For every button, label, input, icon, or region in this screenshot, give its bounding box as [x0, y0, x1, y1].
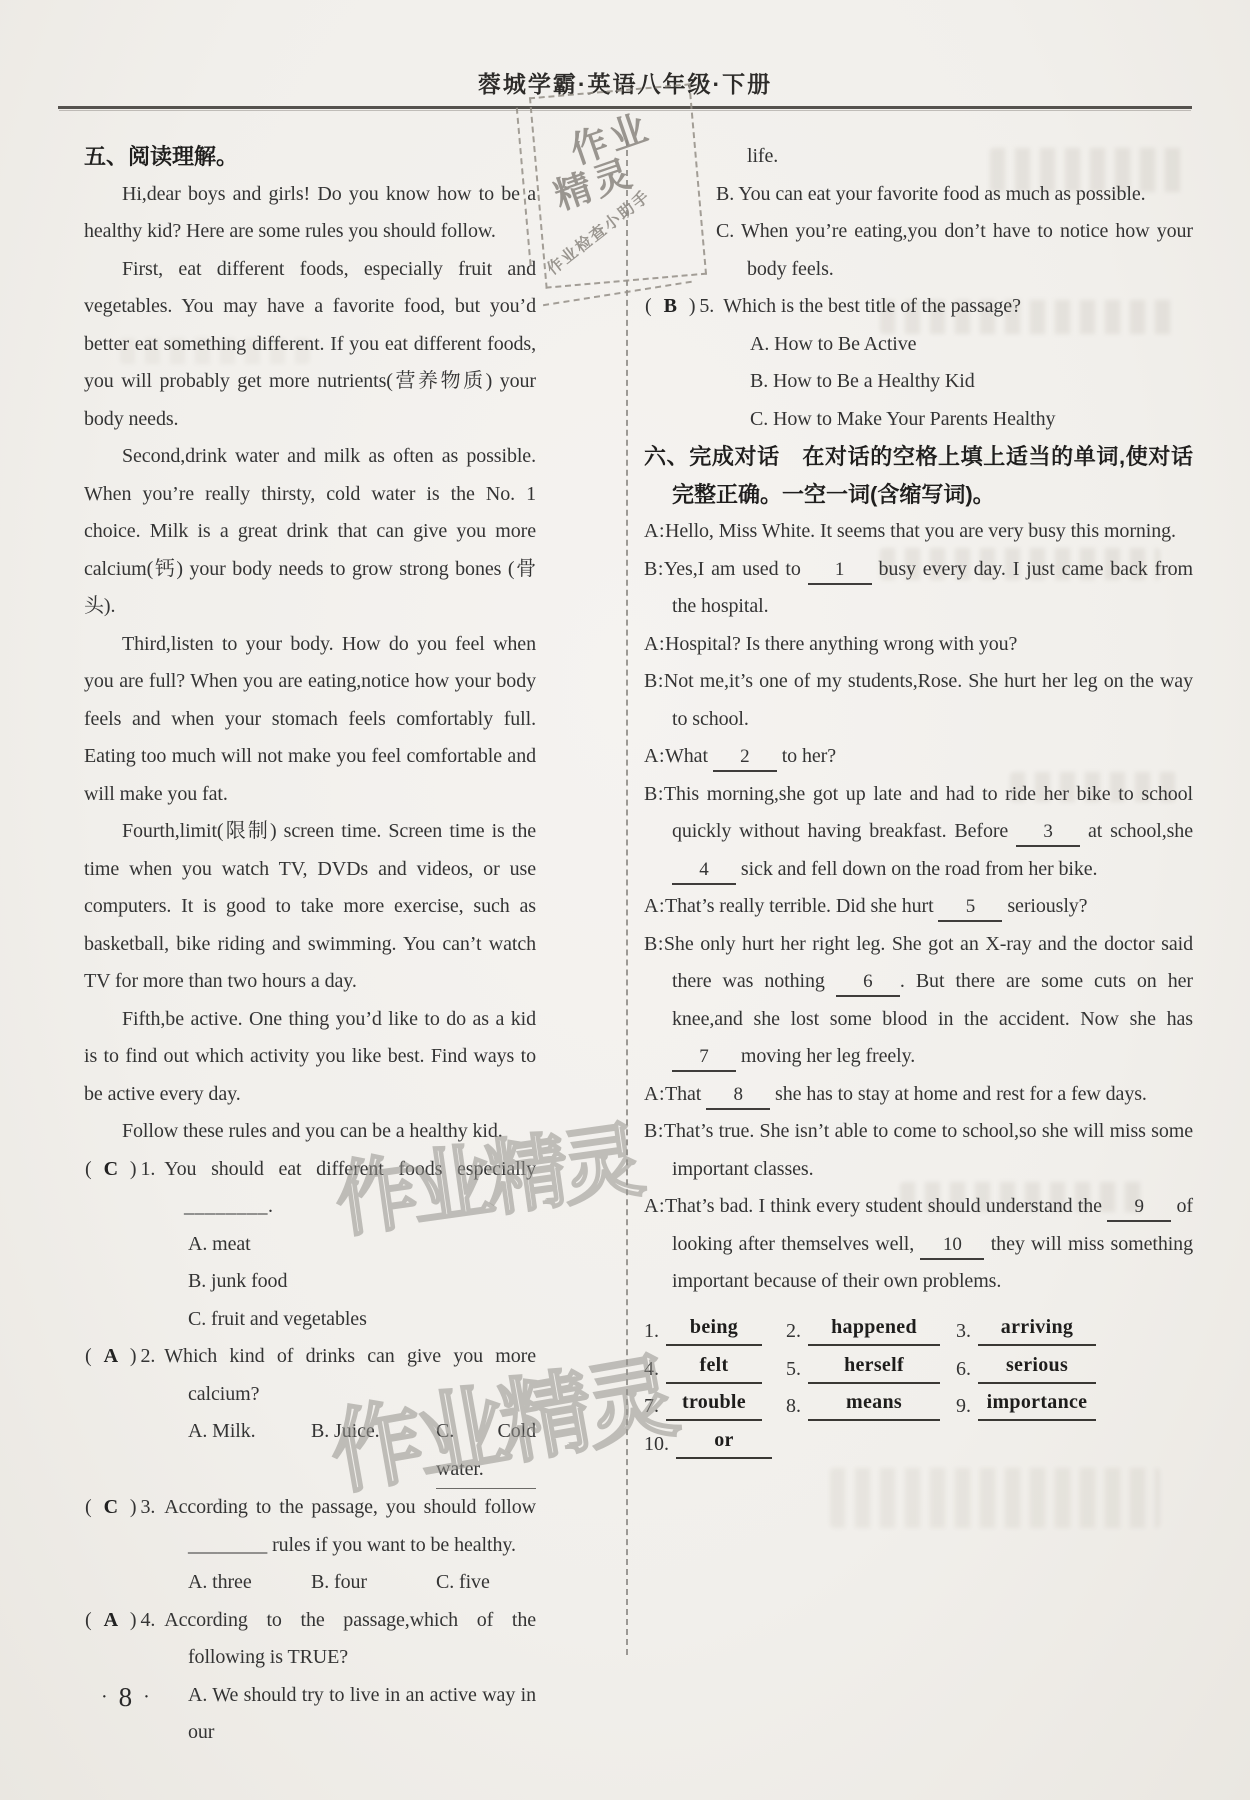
answer-item: 9.importance [956, 1384, 1193, 1422]
question-option: A. We should try to live in an active wa… [188, 1677, 536, 1752]
answer-number: 5. [786, 1354, 801, 1384]
answer-word: trouble [682, 1391, 746, 1413]
question-option: B. How to Be a Healthy Kid [750, 363, 1193, 401]
answer-item: 10.or [644, 1421, 786, 1459]
answer-letter: A [104, 1609, 118, 1631]
answer-number: 7. [644, 1391, 659, 1421]
bracket-close: ) [130, 1496, 137, 1518]
question-option: B. four [311, 1564, 436, 1602]
question-text: According to the passage, you should fol… [164, 1496, 536, 1556]
passage-paragraph: Follow these rules and you can be a heal… [84, 1113, 536, 1151]
answer-word: importance [987, 1391, 1088, 1413]
fill-in-blank-5: 5 [938, 894, 1002, 922]
right-column: life.B. You can eat your favorite food a… [644, 138, 1193, 1459]
question-text: You should eat different foods especiall… [164, 1158, 536, 1180]
left-column: 五、阅读理解。 Hi,dear boys and girls! Do you k… [84, 138, 536, 1752]
passage-paragraph: Third,listen to your body. How do you fe… [84, 626, 536, 814]
answer-item: 3.arriving [956, 1309, 1193, 1347]
passage-paragraph: Second,drink water and milk as often as … [84, 438, 536, 626]
answer-word: herself [844, 1354, 904, 1376]
dialogue-text: Hospital? Is there anything wrong with y… [665, 633, 1017, 655]
question-number: 2. [140, 1345, 155, 1367]
page-number-value: 8 [119, 1682, 133, 1713]
speaker-label: A: [644, 1195, 665, 1217]
answer-item: 4.felt [644, 1346, 786, 1384]
question-number: 3. [140, 1496, 155, 1518]
question-block: (A)4.According to the passage,which of t… [84, 1602, 536, 1752]
answer-number: 1. [644, 1316, 659, 1346]
bracket-close: ) [130, 1158, 137, 1180]
dialogue-text: She only hurt her right leg. She got an … [664, 933, 1193, 1068]
question-stem-line: (B)5.Which is the best title of the pass… [644, 288, 1193, 326]
fill-in-blank-9: 9 [1107, 1194, 1171, 1222]
question-option: C. Cold water. [436, 1413, 536, 1489]
speaker-label: A: [644, 895, 665, 917]
answer-blank: herself [808, 1350, 940, 1384]
dialogue-text: That 8 she has to stay at home and rest … [665, 1083, 1147, 1105]
passage-paragraph: Fifth,be active. One thing you’d like to… [84, 1001, 536, 1114]
question-option: A. three [188, 1564, 311, 1602]
answer-mark: (A)2. [84, 1345, 164, 1367]
answer-blank: felt [666, 1350, 762, 1384]
bracket-close: ) [130, 1345, 137, 1367]
question-text: Which kind of drinks can give you more c… [164, 1345, 536, 1405]
answer-blank: arriving [978, 1312, 1096, 1346]
answer-blank: serious [978, 1350, 1096, 1384]
dialogue-line: B:She only hurt her right leg. She got a… [644, 926, 1193, 1076]
dialogue-text: That’s bad. I think every student should… [665, 1195, 1193, 1292]
answer-blank: being [666, 1312, 762, 1346]
speaker-label: A: [644, 633, 665, 655]
bracket-open: ( [645, 295, 652, 317]
answer-mark: (A)4. [84, 1609, 164, 1631]
answer-blank: or [676, 1425, 772, 1459]
answer-blank: happened [808, 1312, 940, 1346]
answer-number: 8. [786, 1391, 801, 1421]
answer-blank: importance [978, 1387, 1096, 1421]
dialogue-line: A:Hospital? Is there anything wrong with… [644, 626, 1193, 664]
dialogue-text: That’s true. She isn’t able to come to s… [664, 1120, 1193, 1180]
page-number: · 8 · [90, 1682, 161, 1713]
dialogue-line: A:That’s really terrible. Did she hurt 5… [644, 888, 1193, 926]
answer-number: 10. [644, 1429, 669, 1459]
question-number: 4. [140, 1609, 155, 1631]
answer-item: 7.trouble [644, 1384, 786, 1422]
question-text: Which is the best title of the passage? [723, 295, 1021, 317]
bracket-open: ( [85, 1609, 92, 1631]
question4-continuation: life.B. You can eat your favorite food a… [644, 138, 1193, 288]
dialogue-block: A:Hello, Miss White. It seems that you a… [644, 513, 1193, 1301]
speaker-label: A: [644, 1083, 665, 1105]
question-option: A. Milk. [188, 1413, 311, 1489]
question-block: (C)3.According to the passage, you shoul… [84, 1489, 536, 1602]
speaker-label: B: [644, 670, 664, 692]
answer-word: or [714, 1429, 733, 1451]
fill-in-blank-8: 8 [706, 1082, 770, 1110]
dialogue-line: A:Hello, Miss White. It seems that you a… [644, 513, 1193, 551]
column-divider [626, 140, 628, 1655]
dialogue-line: A:That 8 she has to stay at home and res… [644, 1076, 1193, 1114]
question-stem-line: (C)3.According to the passage, you shoul… [84, 1489, 536, 1564]
speaker-label: B: [644, 783, 664, 805]
answer-blank: means [808, 1387, 940, 1421]
question-option: C. fruit and vegetables [188, 1301, 536, 1339]
continuation-line: life. [644, 138, 1193, 176]
question-block: (A)2.Which kind of drinks can give you m… [84, 1338, 536, 1489]
dialogue-text: Not me,it’s one of my students,Rose. She… [664, 670, 1193, 730]
dialogue-text: Yes,I am used to 1 busy every day. I jus… [664, 558, 1193, 618]
question-stem-line: (A)2.Which kind of drinks can give you m… [84, 1338, 536, 1413]
fill-in-blank-6: 6 [836, 969, 900, 997]
answers-grid: 1.being2.happened3.arriving4.felt5.herse… [644, 1309, 1193, 1459]
page-number-dot: · [143, 1686, 150, 1709]
dialogue-line: B:That’s true. She isn’t able to come to… [644, 1113, 1193, 1188]
answer-letter: C [104, 1158, 118, 1180]
answer-word: arriving [1001, 1316, 1073, 1338]
answer-word: means [846, 1391, 902, 1413]
question-options: A. threeB. fourC. five [188, 1564, 536, 1602]
question-number: 1. [140, 1158, 155, 1180]
question-block: (B)5.Which is the best title of the pass… [644, 288, 1193, 438]
speaker-label: B: [644, 933, 664, 955]
bracket-open: ( [85, 1345, 92, 1367]
answer-item: 1.being [644, 1309, 786, 1347]
dialogue-text: Hello, Miss White. It seems that you are… [665, 520, 1176, 542]
answer-number: 6. [956, 1354, 971, 1384]
dialogue-line: B:This morning,she got up late and had t… [644, 776, 1193, 889]
bracket-open: ( [85, 1158, 92, 1180]
answer-item: 5.herself [786, 1346, 956, 1384]
question-block: (C)1.You should eat different foods espe… [84, 1151, 536, 1339]
fill-in-blank-1: 1 [808, 557, 872, 585]
section5-heading: 五、阅读理解。 [84, 138, 536, 176]
continuation-line: C. When you’re eating,you don’t have to … [644, 213, 1193, 288]
reading-passage: Hi,dear boys and girls! Do you know how … [84, 176, 536, 1151]
answer-number: 2. [786, 1316, 801, 1346]
answer-item: 2.happened [786, 1309, 956, 1347]
bracket-close: ) [689, 295, 696, 317]
fill-in-blank-7: 7 [672, 1044, 736, 1072]
dialogue-line: B:Yes,I am used to 1 busy every day. I j… [644, 551, 1193, 626]
passage-paragraph: Fourth,limit(限制) screen time. Screen tim… [84, 813, 536, 1001]
question-options: A. We should try to live in an active wa… [188, 1677, 536, 1752]
bracket-close: ) [130, 1609, 137, 1631]
question-stem-line: (C)1.You should eat different foods espe… [84, 1151, 536, 1189]
question5-block: (B)5.Which is the best title of the pass… [644, 288, 1193, 438]
question-stem-line: (A)4.According to the passage,which of t… [84, 1602, 536, 1677]
continuation-line: B. You can eat your favorite food as muc… [644, 176, 1193, 214]
answer-number: 3. [956, 1316, 971, 1346]
question-options: A. How to Be ActiveB. How to Be a Health… [750, 326, 1193, 439]
answer-mark: (B)5. [644, 295, 723, 317]
speaker-label: A: [644, 745, 665, 767]
question-option: B. junk food [188, 1263, 536, 1301]
fill-in-blank-2: 2 [713, 744, 777, 772]
answer-word: serious [1006, 1354, 1068, 1376]
question-text: According to the passage,which of the fo… [164, 1609, 536, 1669]
fill-in-blank-10: 10 [920, 1232, 984, 1260]
page-number-dot: · [101, 1686, 108, 1709]
dialogue-text: What 2 to her? [665, 745, 836, 767]
fill-in-blank-4: 4 [672, 857, 736, 885]
answer-word: being [690, 1316, 738, 1338]
bracket-open: ( [85, 1496, 92, 1518]
reading-questions: (C)1.You should eat different foods espe… [84, 1151, 536, 1752]
speaker-label: B: [644, 558, 664, 580]
question-option: A. How to Be Active [750, 326, 1193, 364]
question-number: 5. [699, 295, 714, 317]
question-options: A. meatB. junk foodC. fruit and vegetabl… [188, 1226, 536, 1339]
speaker-label: A: [644, 520, 665, 542]
dialogue-text: That’s really terrible. Did she hurt 5 s… [665, 895, 1087, 917]
question-option: C. five [436, 1564, 536, 1602]
answer-mark: (C)1. [84, 1158, 164, 1180]
dialogue-line: A:That’s bad. I think every student shou… [644, 1188, 1193, 1301]
section6-heading: 六、完成对话 在对话的空格上填上适当的单词,使对话完整正确。一空一词(含缩写词)… [644, 438, 1193, 513]
answer-item: 6.serious [956, 1346, 1193, 1384]
dialogue-line: A:What 2 to her? [644, 738, 1193, 776]
answer-blank-line: ________. [184, 1188, 536, 1226]
passage-paragraph: First, eat different foods, especially f… [84, 251, 536, 439]
dialogue-line: B:Not me,it’s one of my students,Rose. S… [644, 663, 1193, 738]
answer-word: felt [700, 1354, 729, 1376]
fill-in-blank-3: 3 [1016, 819, 1080, 847]
question-option: A. meat [188, 1226, 536, 1264]
answer-mark: (C)3. [84, 1496, 164, 1518]
answer-letter: A [104, 1345, 118, 1367]
answer-letter: B [664, 295, 677, 317]
answer-blank: trouble [666, 1387, 762, 1421]
dialogue-text: This morning,she got up late and had to … [664, 783, 1193, 880]
answer-letter: C [104, 1496, 118, 1518]
question-option: B. Juice. [311, 1413, 436, 1489]
bleed-through-artifact [830, 1468, 1160, 1528]
answer-number: 4. [644, 1354, 659, 1384]
question-option: C. How to Make Your Parents Healthy [750, 401, 1193, 439]
answer-item: 8.means [786, 1384, 956, 1422]
workbook-page: 蓉城学霸·英语八年级·下册 作业精灵 作业精灵 作业 精灵 作业检查小助手 五、… [0, 0, 1250, 1800]
answer-number: 9. [956, 1391, 971, 1421]
speaker-label: B: [644, 1120, 664, 1142]
passage-paragraph: Hi,dear boys and girls! Do you know how … [84, 176, 536, 251]
question-options: A. Milk.B. Juice.C. Cold water. [188, 1413, 536, 1489]
answer-word: happened [831, 1316, 917, 1338]
